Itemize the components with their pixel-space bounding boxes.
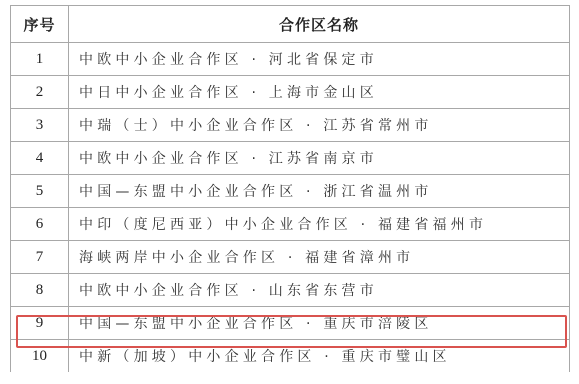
row-number: 10 (11, 340, 69, 373)
row-number: 5 (11, 175, 69, 208)
table-row: 4 中欧中小企业合作区 · 江苏省南京市 (11, 142, 570, 175)
table-row-highlighted: 9 中国—东盟中小企业合作区 · 重庆市涪陵区 (11, 307, 570, 340)
zone-name: 海峡两岸中小企业合作区 · 福建省漳州市 (69, 241, 570, 274)
zone-name: 中日中小企业合作区 · 上海市金山区 (69, 76, 570, 109)
row-number: 6 (11, 208, 69, 241)
row-number: 2 (11, 76, 69, 109)
row-number: 9 (11, 307, 69, 340)
table-row: 3 中瑞（士）中小企业合作区 · 江苏省常州市 (11, 109, 570, 142)
header-number: 序号 (11, 6, 69, 43)
table-header-row: 序号 合作区名称 (11, 6, 570, 43)
zone-name: 中国—东盟中小企业合作区 · 浙江省温州市 (69, 175, 570, 208)
table-row: 6 中印（度尼西亚）中小企业合作区 · 福建省福州市 (11, 208, 570, 241)
zone-name: 中印（度尼西亚）中小企业合作区 · 福建省福州市 (69, 208, 570, 241)
row-number: 3 (11, 109, 69, 142)
zone-name: 中欧中小企业合作区 · 江苏省南京市 (69, 142, 570, 175)
row-number: 7 (11, 241, 69, 274)
zone-name: 中瑞（士）中小企业合作区 · 江苏省常州市 (69, 109, 570, 142)
header-zone-name: 合作区名称 (69, 6, 570, 43)
zone-name: 中新（加坡）中小企业合作区 · 重庆市璧山区 (69, 340, 570, 373)
table-row: 5 中国—东盟中小企业合作区 · 浙江省温州市 (11, 175, 570, 208)
zone-name: 中欧中小企业合作区 · 山东省东营市 (69, 274, 570, 307)
row-number: 4 (11, 142, 69, 175)
table-row: 2 中日中小企业合作区 · 上海市金山区 (11, 76, 570, 109)
cooperation-zone-table-container: 序号 合作区名称 1 中欧中小企业合作区 · 河北省保定市 2 中日中小企业合作… (10, 5, 569, 372)
row-number: 8 (11, 274, 69, 307)
table-row: 7 海峡两岸中小企业合作区 · 福建省漳州市 (11, 241, 570, 274)
zone-name: 中欧中小企业合作区 · 河北省保定市 (69, 43, 570, 76)
table-row: 1 中欧中小企业合作区 · 河北省保定市 (11, 43, 570, 76)
zone-name: 中国—东盟中小企业合作区 · 重庆市涪陵区 (69, 307, 570, 340)
cooperation-zone-table: 序号 合作区名称 1 中欧中小企业合作区 · 河北省保定市 2 中日中小企业合作… (10, 5, 570, 372)
table-row: 10 中新（加坡）中小企业合作区 · 重庆市璧山区 (11, 340, 570, 373)
row-number: 1 (11, 43, 69, 76)
table-row: 8 中欧中小企业合作区 · 山东省东营市 (11, 274, 570, 307)
